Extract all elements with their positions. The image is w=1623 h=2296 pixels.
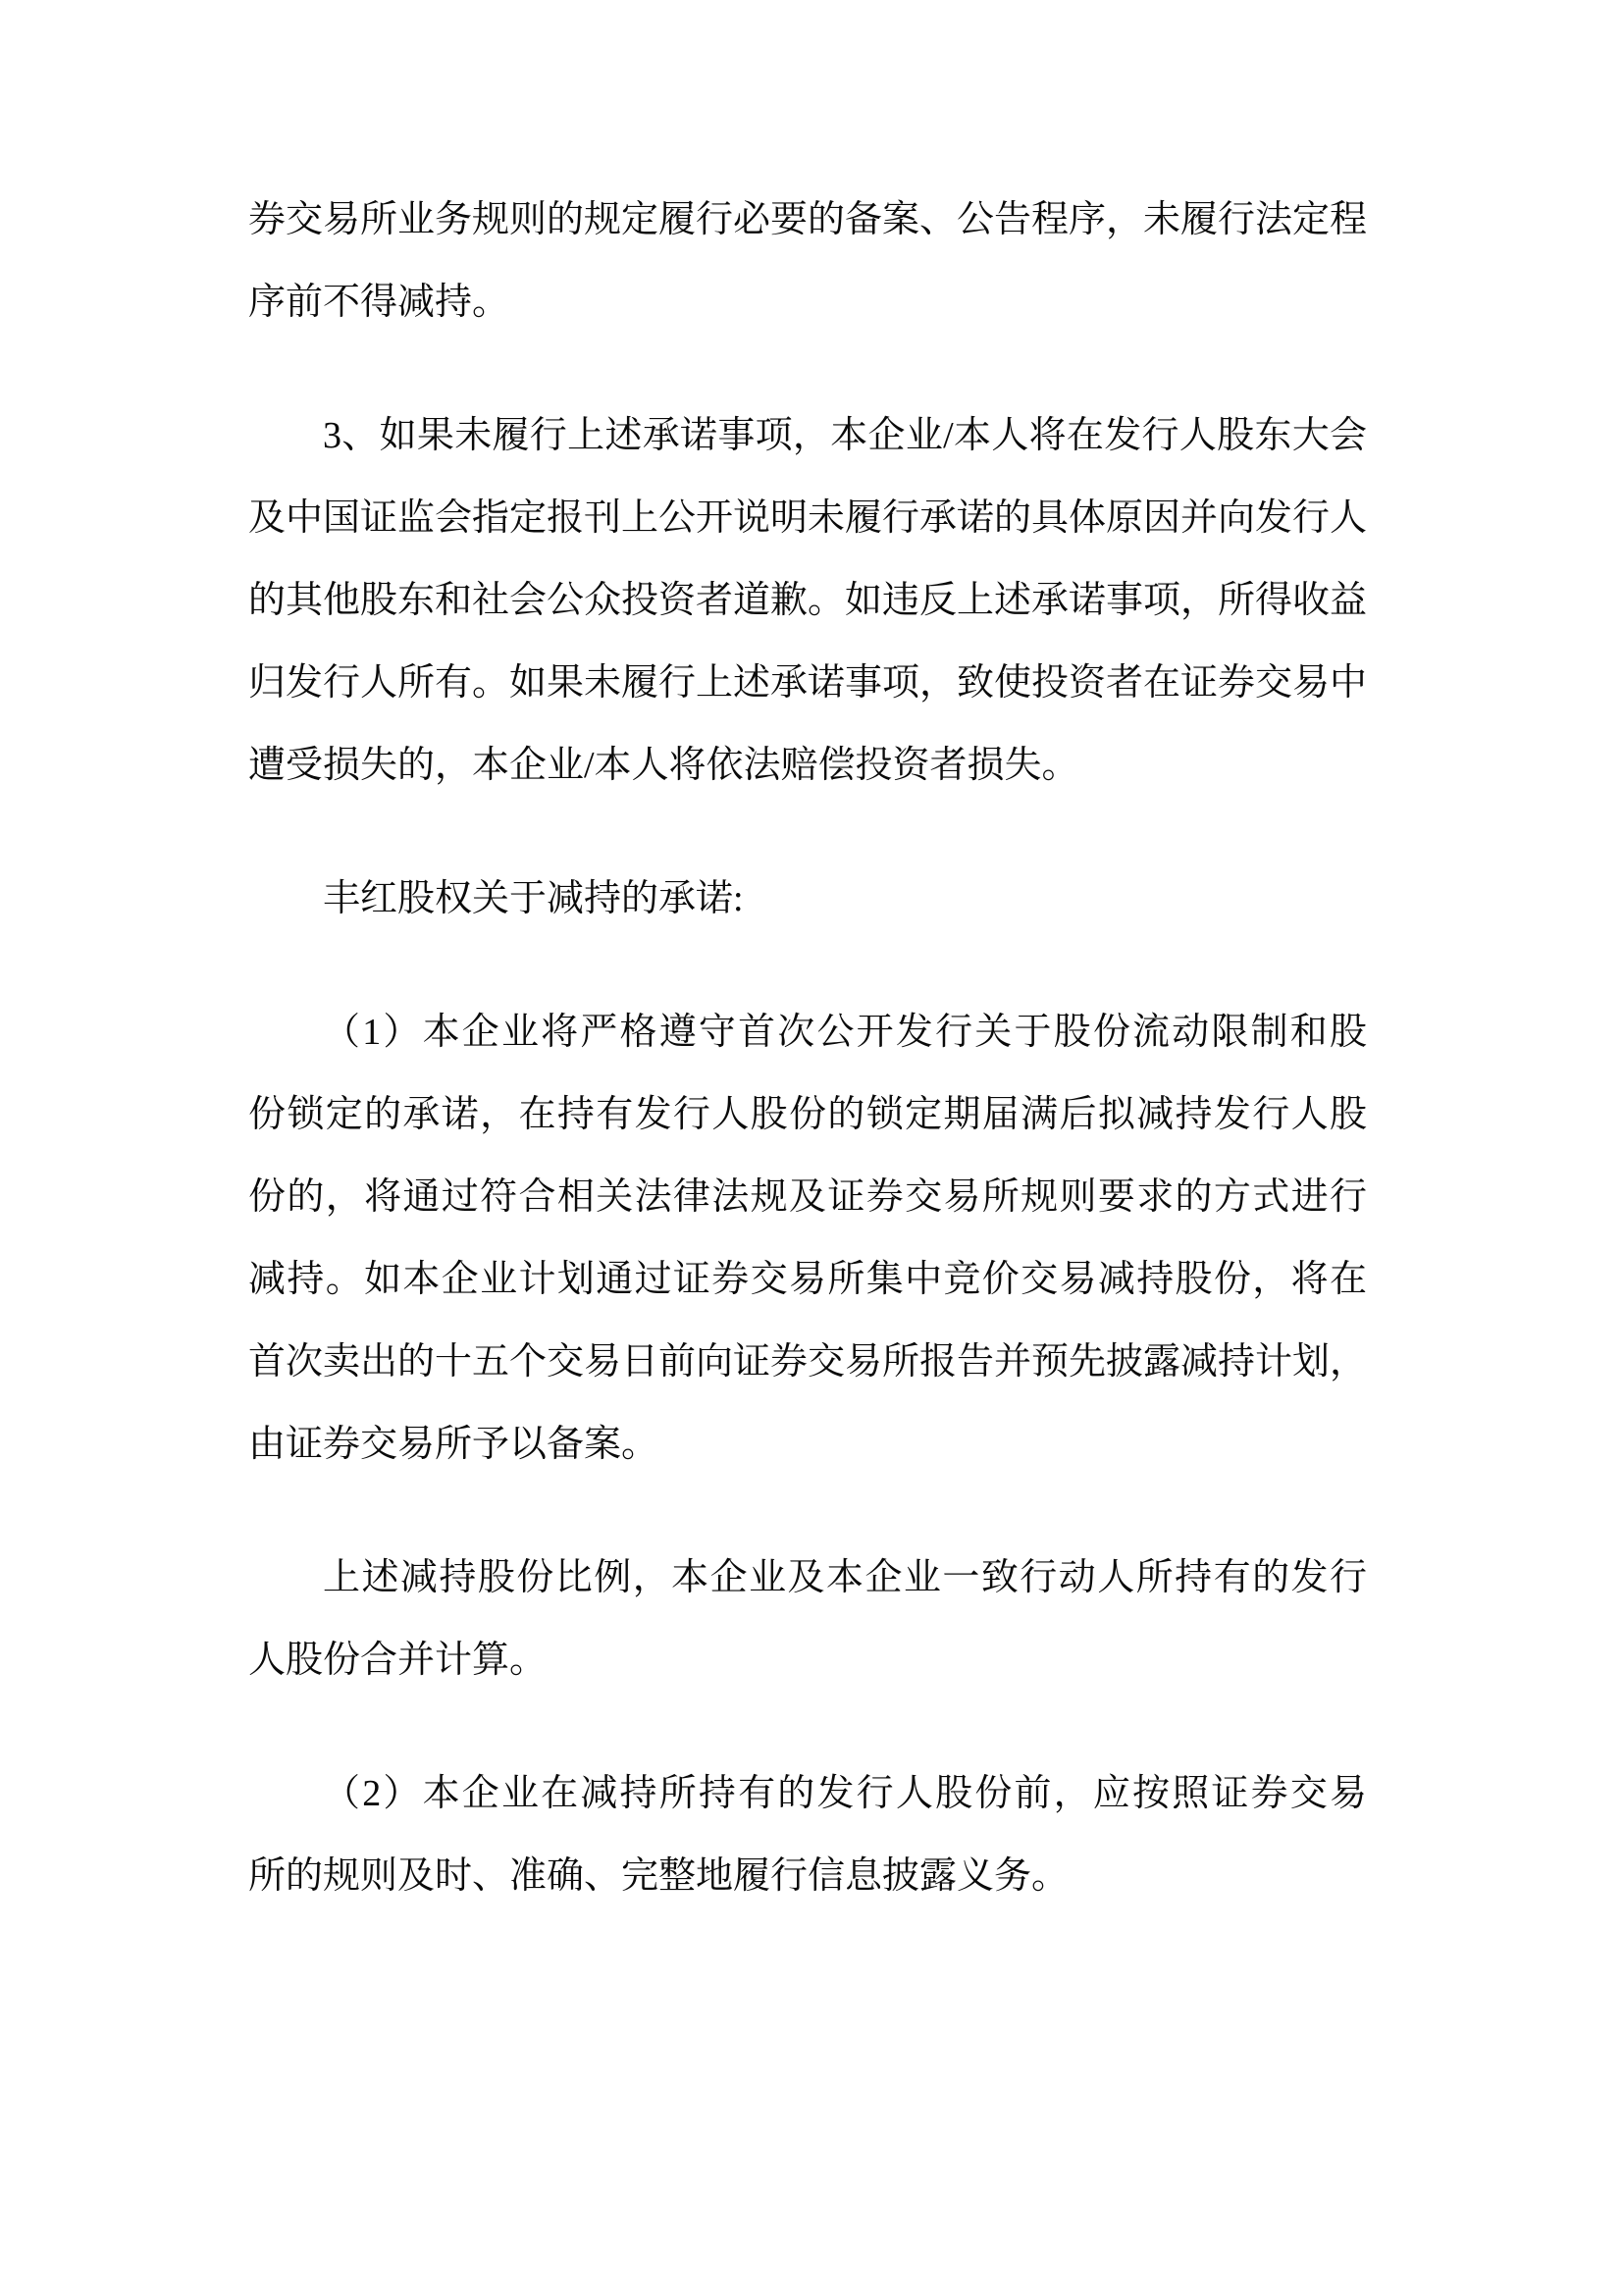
paragraph-heading: 丰红股权关于减持的承诺:: [248, 858, 1367, 940]
paragraph-1-line-1: 及中国证监会指定报刊上公开说明未履行承诺的具体原因并向发行人: [248, 477, 1367, 559]
paragraph-2-line-0: 丰红股权关于减持的承诺:: [248, 858, 1367, 940]
paragraph-1-line-2: 的其他股东和社会公众投资者道歉。如违反上述承诺事项，所得收益: [248, 559, 1367, 642]
document-body: 券交易所业务规则的规定履行必要的备案、公告程序，未履行法定程 序前不得减持。 3…: [248, 179, 1367, 1968]
paragraph-1-line-0: 3、如果未履行上述承诺事项，本企业/本人将在发行人股东大会: [248, 394, 1367, 477]
paragraph-4-line-0: 上述减持股份比例，本企业及本企业一致行动人所持有的发行: [248, 1537, 1367, 1619]
paragraph-3-line-4: 首次卖出的十五个交易日前向证券交易所报告并预先披露减持计划，: [248, 1321, 1367, 1403]
paragraph-1-line-4: 遭受损失的，本企业/本人将依法赔偿投资者损失。: [248, 724, 1367, 807]
paragraph-1-line-3: 归发行人所有。如果未履行上述承诺事项，致使投资者在证券交易中: [248, 642, 1367, 724]
paragraph-3-line-5: 由证券交易所予以备案。: [248, 1403, 1367, 1486]
paragraph-3-line-3: 减持。如本企业计划通过证券交易所集中竞价交易减持股份，将在: [248, 1238, 1367, 1321]
paragraph-item-paren-2: （2）本企业在减持所持有的发行人股份前，应按照证券交易 所的规则及时、准确、完整…: [248, 1752, 1367, 1917]
paragraph-0-line-0: 券交易所业务规则的规定履行必要的备案、公告程序，未履行法定程: [248, 179, 1367, 261]
paragraph-continuation: 券交易所业务规则的规定履行必要的备案、公告程序，未履行法定程 序前不得减持。: [248, 179, 1367, 343]
paragraph-5-line-0: （2）本企业在减持所持有的发行人股份前，应按照证券交易: [248, 1752, 1367, 1835]
paragraph-3-line-0: （1）本企业将严格遵守首次公开发行关于股份流动限制和股: [248, 991, 1367, 1073]
paragraph-4-line-1: 人股份合并计算。: [248, 1619, 1367, 1701]
paragraph-item-paren-1: （1）本企业将严格遵守首次公开发行关于股份流动限制和股 份锁定的承诺，在持有发行…: [248, 991, 1367, 1486]
paragraph-aggregate-calc: 上述减持股份比例，本企业及本企业一致行动人所持有的发行 人股份合并计算。: [248, 1537, 1367, 1701]
paragraph-3-line-1: 份锁定的承诺，在持有发行人股份的锁定期届满后拟减持发行人股: [248, 1073, 1367, 1156]
paragraph-0-line-1: 序前不得减持。: [248, 261, 1367, 343]
paragraph-3-line-2: 份的，将通过符合相关法律法规及证券交易所规则要求的方式进行: [248, 1156, 1367, 1238]
document-page: 券交易所业务规则的规定履行必要的备案、公告程序，未履行法定程 序前不得减持。 3…: [0, 0, 1623, 2296]
paragraph-5-line-1: 所的规则及时、准确、完整地履行信息披露义务。: [248, 1835, 1367, 1917]
paragraph-item-3: 3、如果未履行上述承诺事项，本企业/本人将在发行人股东大会 及中国证监会指定报刊…: [248, 394, 1367, 807]
